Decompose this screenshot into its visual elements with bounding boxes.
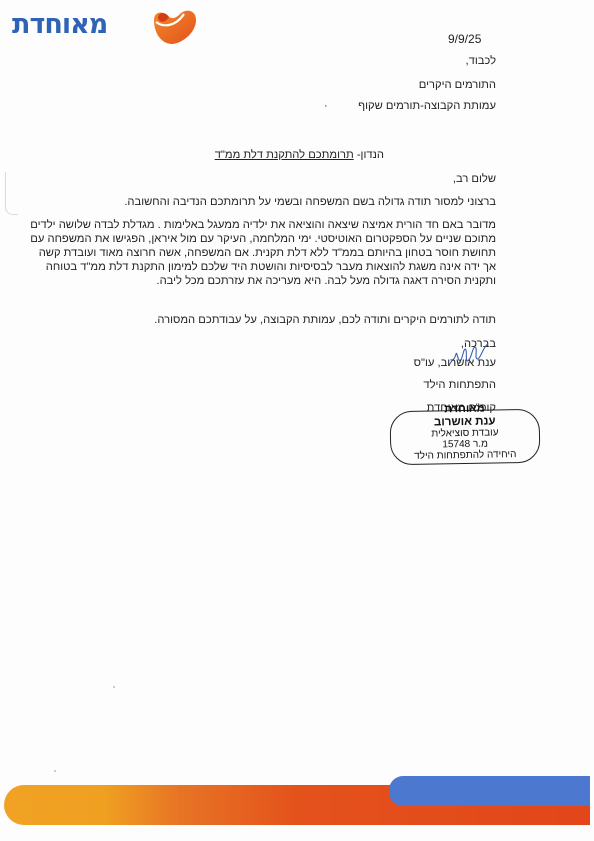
- scan-speck: [54, 770, 56, 772]
- letter-date: 9/9/25: [448, 32, 481, 46]
- subject-line: הנדון- תרומתכם להתקנת דלת ממ"ד: [215, 148, 384, 162]
- footer-blue-bar: [389, 776, 590, 806]
- logo-text: מאוחדת: [12, 10, 107, 40]
- stamp-brand: מאוחדת: [390, 403, 538, 417]
- heart-swoosh-icon: [150, 6, 198, 46]
- salutation: לכבוד,: [466, 54, 496, 68]
- stray-dot: ·: [324, 100, 328, 112]
- signer-name: ענת אושרוב, עו"ס: [414, 356, 496, 370]
- maccabi-meuhedet-logo: מאוחדת: [12, 6, 198, 46]
- greeting: שלום רב,: [453, 172, 496, 186]
- subject-text: תרומתכם להתקנת דלת ממ"ד: [215, 149, 354, 161]
- signer-unit: התפתחות הילד: [423, 378, 496, 392]
- paragraph-1: ברצוני למסור תודה גדולה בשם המשפחה ובשמי…: [26, 195, 496, 209]
- paragraph-2: מדובר באם חד הורית אמיצה שיצאה והוציאה א…: [26, 218, 496, 288]
- recipient-line-1: התורמים היקרים: [419, 78, 496, 92]
- margin-mark: [5, 172, 18, 215]
- recipient-line-2: עמותת הקבוצה-תורמים שקוף: [358, 99, 496, 113]
- scan-speck: [113, 686, 115, 688]
- subject-label: הנדון-: [357, 149, 384, 161]
- paragraph-3: תודה לתורמים היקרים ותודה לכם, עמותת הקב…: [26, 313, 496, 327]
- official-stamp: מאוחדת ענת אושרוב עובדת סוציאלית מ.ר 157…: [390, 409, 541, 466]
- stamp-unit: היחידה להתפתחות הילד: [391, 449, 539, 463]
